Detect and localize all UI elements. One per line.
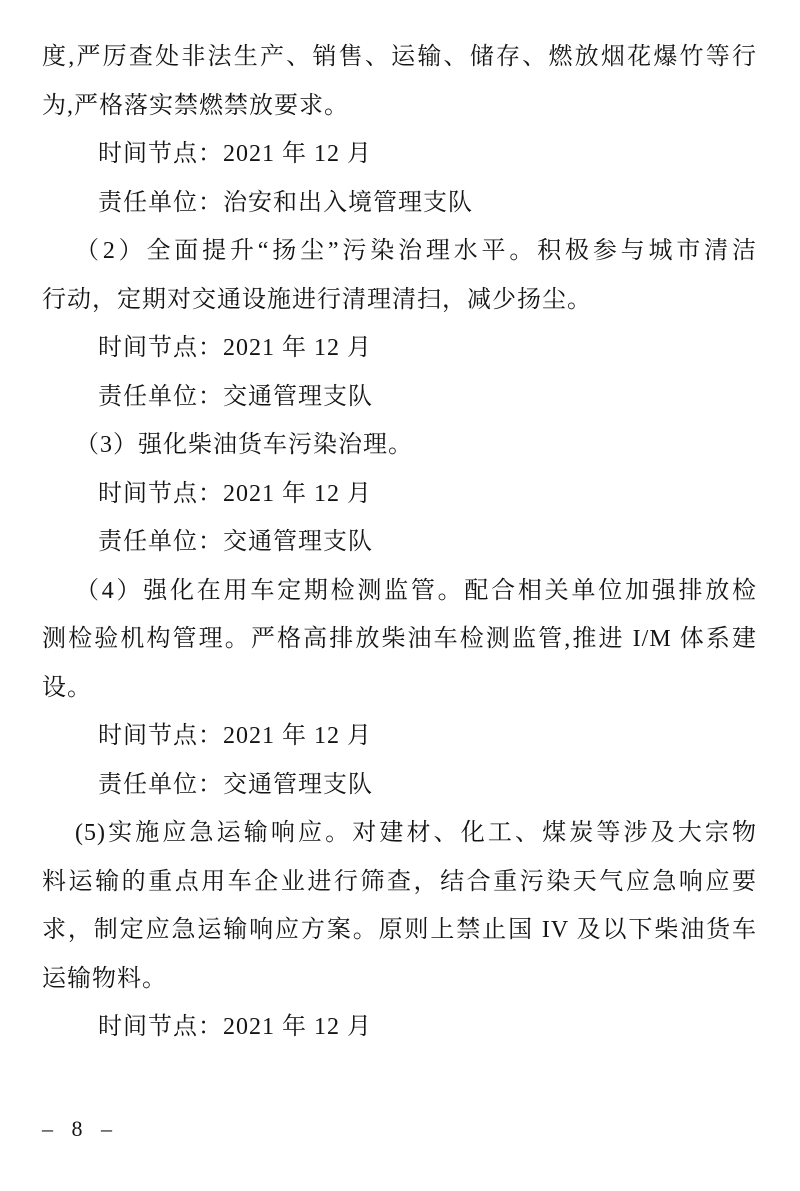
text-line: 设。 xyxy=(42,664,757,713)
text-line: （2）全面提升“扬尘”污染治理水平。积极参与城市清洁 xyxy=(42,227,757,276)
text-line: 运输物料。 xyxy=(42,955,757,1004)
text-line: 测检验机构管理。严格高排放柴油车检测监管,推进 I/M 体系建 xyxy=(42,615,757,664)
text-line: 料运输的重点用车企业进行筛查，结合重污染天气应急响应要 xyxy=(42,858,757,907)
text-line: 度,严厉查处非法生产、销售、运输、储存、燃放烟花爆竹等行 xyxy=(42,33,757,82)
text-line: 时间节点：2021 年 12 月 xyxy=(42,130,757,179)
text-line: 时间节点：2021 年 12 月 xyxy=(42,470,757,519)
document-body: 度,严厉查处非法生产、销售、运输、储存、燃放烟花爆竹等行为,严格落实禁燃禁放要求… xyxy=(42,33,757,1052)
text-line: (5)实施应急运输响应。对建材、化工、煤炭等涉及大宗物 xyxy=(42,809,757,858)
text-line: （4）强化在用车定期检测监管。配合相关单位加强排放检 xyxy=(42,567,757,616)
document-page: 度,严厉查处非法生产、销售、运输、储存、燃放烟花爆竹等行为,严格落实禁燃禁放要求… xyxy=(0,0,800,1191)
text-line: 时间节点：2021 年 12 月 xyxy=(42,324,757,373)
text-line: （3）强化柴油货车污染治理。 xyxy=(42,421,757,470)
text-line: 时间节点：2021 年 12 月 xyxy=(42,712,757,761)
text-line: 责任单位：交通管理支队 xyxy=(42,373,757,422)
text-line: 时间节点：2021 年 12 月 xyxy=(42,1003,757,1052)
text-line: 责任单位：交通管理支队 xyxy=(42,761,757,810)
text-line: 行动，定期对交通设施进行清理清扫，减少扬尘。 xyxy=(42,276,757,325)
text-line: 责任单位：治安和出入境管理支队 xyxy=(42,179,757,228)
text-line: 为,严格落实禁燃禁放要求。 xyxy=(42,82,757,131)
text-line: 责任单位：交通管理支队 xyxy=(42,518,757,567)
text-line: 求，制定应急运输响应方案。原则上禁止国 IV 及以下柴油货车 xyxy=(42,906,757,955)
page-number: – 8 – xyxy=(42,1112,115,1146)
